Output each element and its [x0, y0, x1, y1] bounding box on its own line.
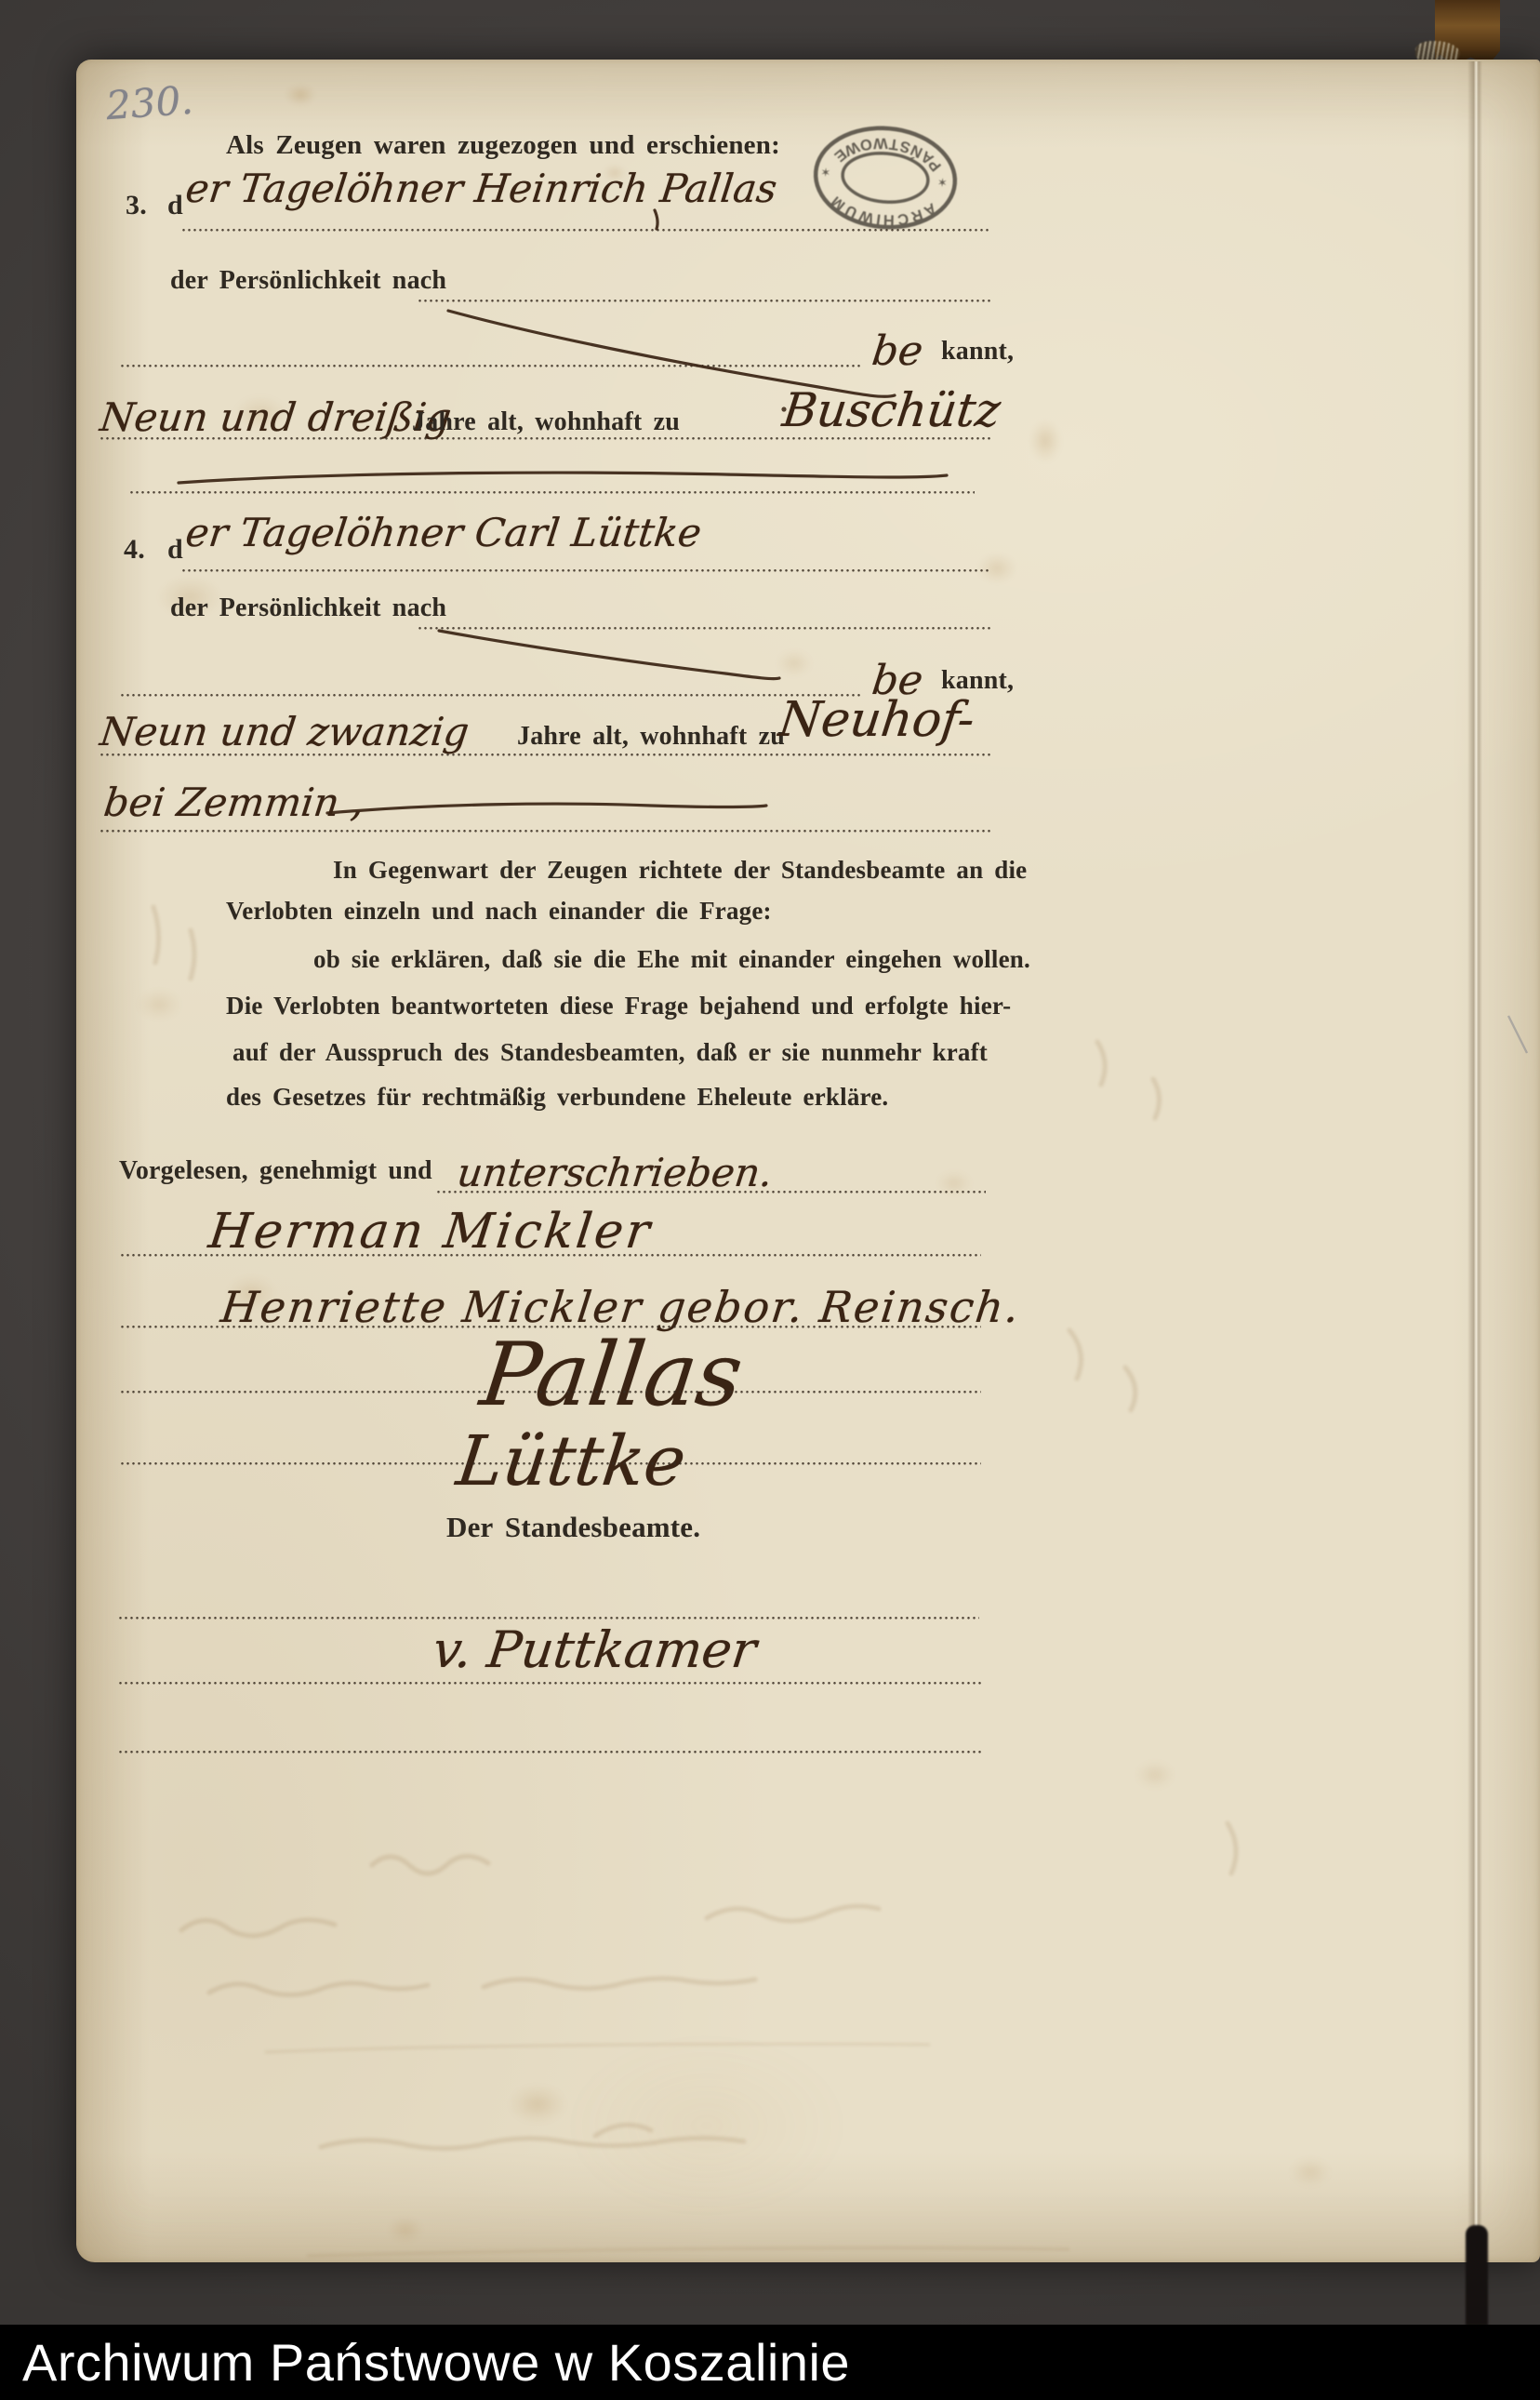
- witness4-residence2-handwritten: bei Zemmin ,: [101, 780, 366, 825]
- declaration-line: Verlobten einzeln und nach einander die …: [226, 897, 772, 926]
- stamp-top-text: ARCHIWUM: [825, 191, 940, 233]
- signature-witness3: Pallas: [475, 1325, 748, 1426]
- age-suffix: Jahre alt, wohnhaft zu: [517, 722, 785, 752]
- stamp-star-left: ✶: [936, 174, 948, 189]
- dotted-line: [182, 229, 989, 232]
- signature-registrar: v. Puttkamer: [430, 1620, 760, 1679]
- svg-text:ARCHIWUM: ARCHIWUM: [825, 191, 940, 233]
- page-number: 230.: [104, 77, 194, 128]
- stain: [776, 649, 813, 677]
- signature-groom: Herman Mickler: [206, 1204, 655, 1260]
- dotted-line: [100, 830, 993, 833]
- declaration-line: Die Verlobten beantworteten diese Frage …: [226, 992, 1011, 1020]
- dotted-line: [121, 1254, 981, 1257]
- stain: [285, 84, 316, 106]
- witness3-index: 3.: [126, 190, 147, 221]
- witness4-name-handwritten: er Tagelöhner Carl Lüttke: [183, 510, 704, 555]
- dotted-line: [130, 491, 975, 494]
- stamp-star-right: ✶: [820, 164, 831, 179]
- page-gap: [1466, 2225, 1488, 2326]
- stain: [1029, 419, 1062, 463]
- witness4-index: 4.: [124, 534, 145, 566]
- closing-printed: Vorgelesen, genehmigt und: [119, 1156, 432, 1186]
- dotted-line: [418, 300, 993, 302]
- age-suffix: Jahre alt, wohnhaft zu: [412, 407, 680, 437]
- dotted-line: [100, 753, 993, 756]
- witness4-residence-handwritten: Neuhof-: [776, 692, 977, 748]
- dotted-line: [121, 365, 863, 367]
- declaration-line: ob sie erklären, daß sie die Ehe mit ein…: [313, 945, 1030, 974]
- archive-name: Archiwum Państwowe w Koszalinie: [22, 2332, 850, 2393]
- dotted-line: [418, 627, 993, 630]
- archive-caption-bar: Archiwum Państwowe w Koszalinie: [0, 2325, 1540, 2400]
- stain: [1135, 1760, 1175, 1790]
- witnesses-heading: Als Zeugen waren zugezogen und erschiene…: [226, 130, 780, 161]
- witness3-age-handwritten: Neun und dreißig: [98, 394, 454, 440]
- stain: [976, 553, 1017, 584]
- dotted-line: [121, 1462, 981, 1465]
- known-suffix: kannt,: [941, 337, 1014, 367]
- witness3-known-handwritten: be: [870, 327, 925, 375]
- identity-label: der Persönlichkeit nach: [170, 266, 446, 296]
- witness3-name-handwritten: er Tagelöhner Heinrich Pallas: [183, 166, 779, 211]
- declaration-line: des Gesetzes für rechtmäßig verbundene E…: [226, 1083, 888, 1112]
- identity-label: der Persönlichkeit nach: [170, 593, 446, 623]
- dotted-line: [121, 1391, 981, 1393]
- dotted-line: [121, 694, 863, 697]
- signature-witness4: Lüttke: [453, 1421, 690, 1501]
- dotted-line: [182, 569, 989, 572]
- dotted-line: [119, 1751, 984, 1753]
- stain: [558, 2028, 856, 2223]
- witness3-residence-handwritten: Buschütz: [779, 383, 1003, 437]
- archive-stamp: ARCHIWUM PAŃSTWOWE ✶ ✶: [806, 116, 964, 238]
- declaration-line: auf der Ausspruch des Standesbeamten, da…: [232, 1038, 988, 1067]
- witness4-age-handwritten: Neun und zwanzig: [98, 709, 471, 754]
- stain: [136, 988, 182, 1021]
- declaration-line: In Gegenwart der Zeugen richtete der Sta…: [333, 856, 1027, 885]
- entry-prefix: d: [167, 534, 183, 566]
- document-scan: 230. Als Zeugen waren zugezogen und ersc…: [0, 0, 1540, 2400]
- page-crease: [1467, 61, 1482, 2262]
- dotted-line: [100, 437, 993, 440]
- entry-prefix: d: [167, 190, 183, 221]
- stain: [387, 2216, 424, 2244]
- stain: [1289, 2156, 1332, 2188]
- closing-handwritten: unterschrieben.: [455, 1150, 776, 1195]
- registrar-title: Der Standesbeamte.: [446, 1511, 700, 1544]
- dotted-line: [119, 1617, 979, 1620]
- dotted-line: [119, 1682, 984, 1685]
- dotted-line: [437, 1191, 986, 1193]
